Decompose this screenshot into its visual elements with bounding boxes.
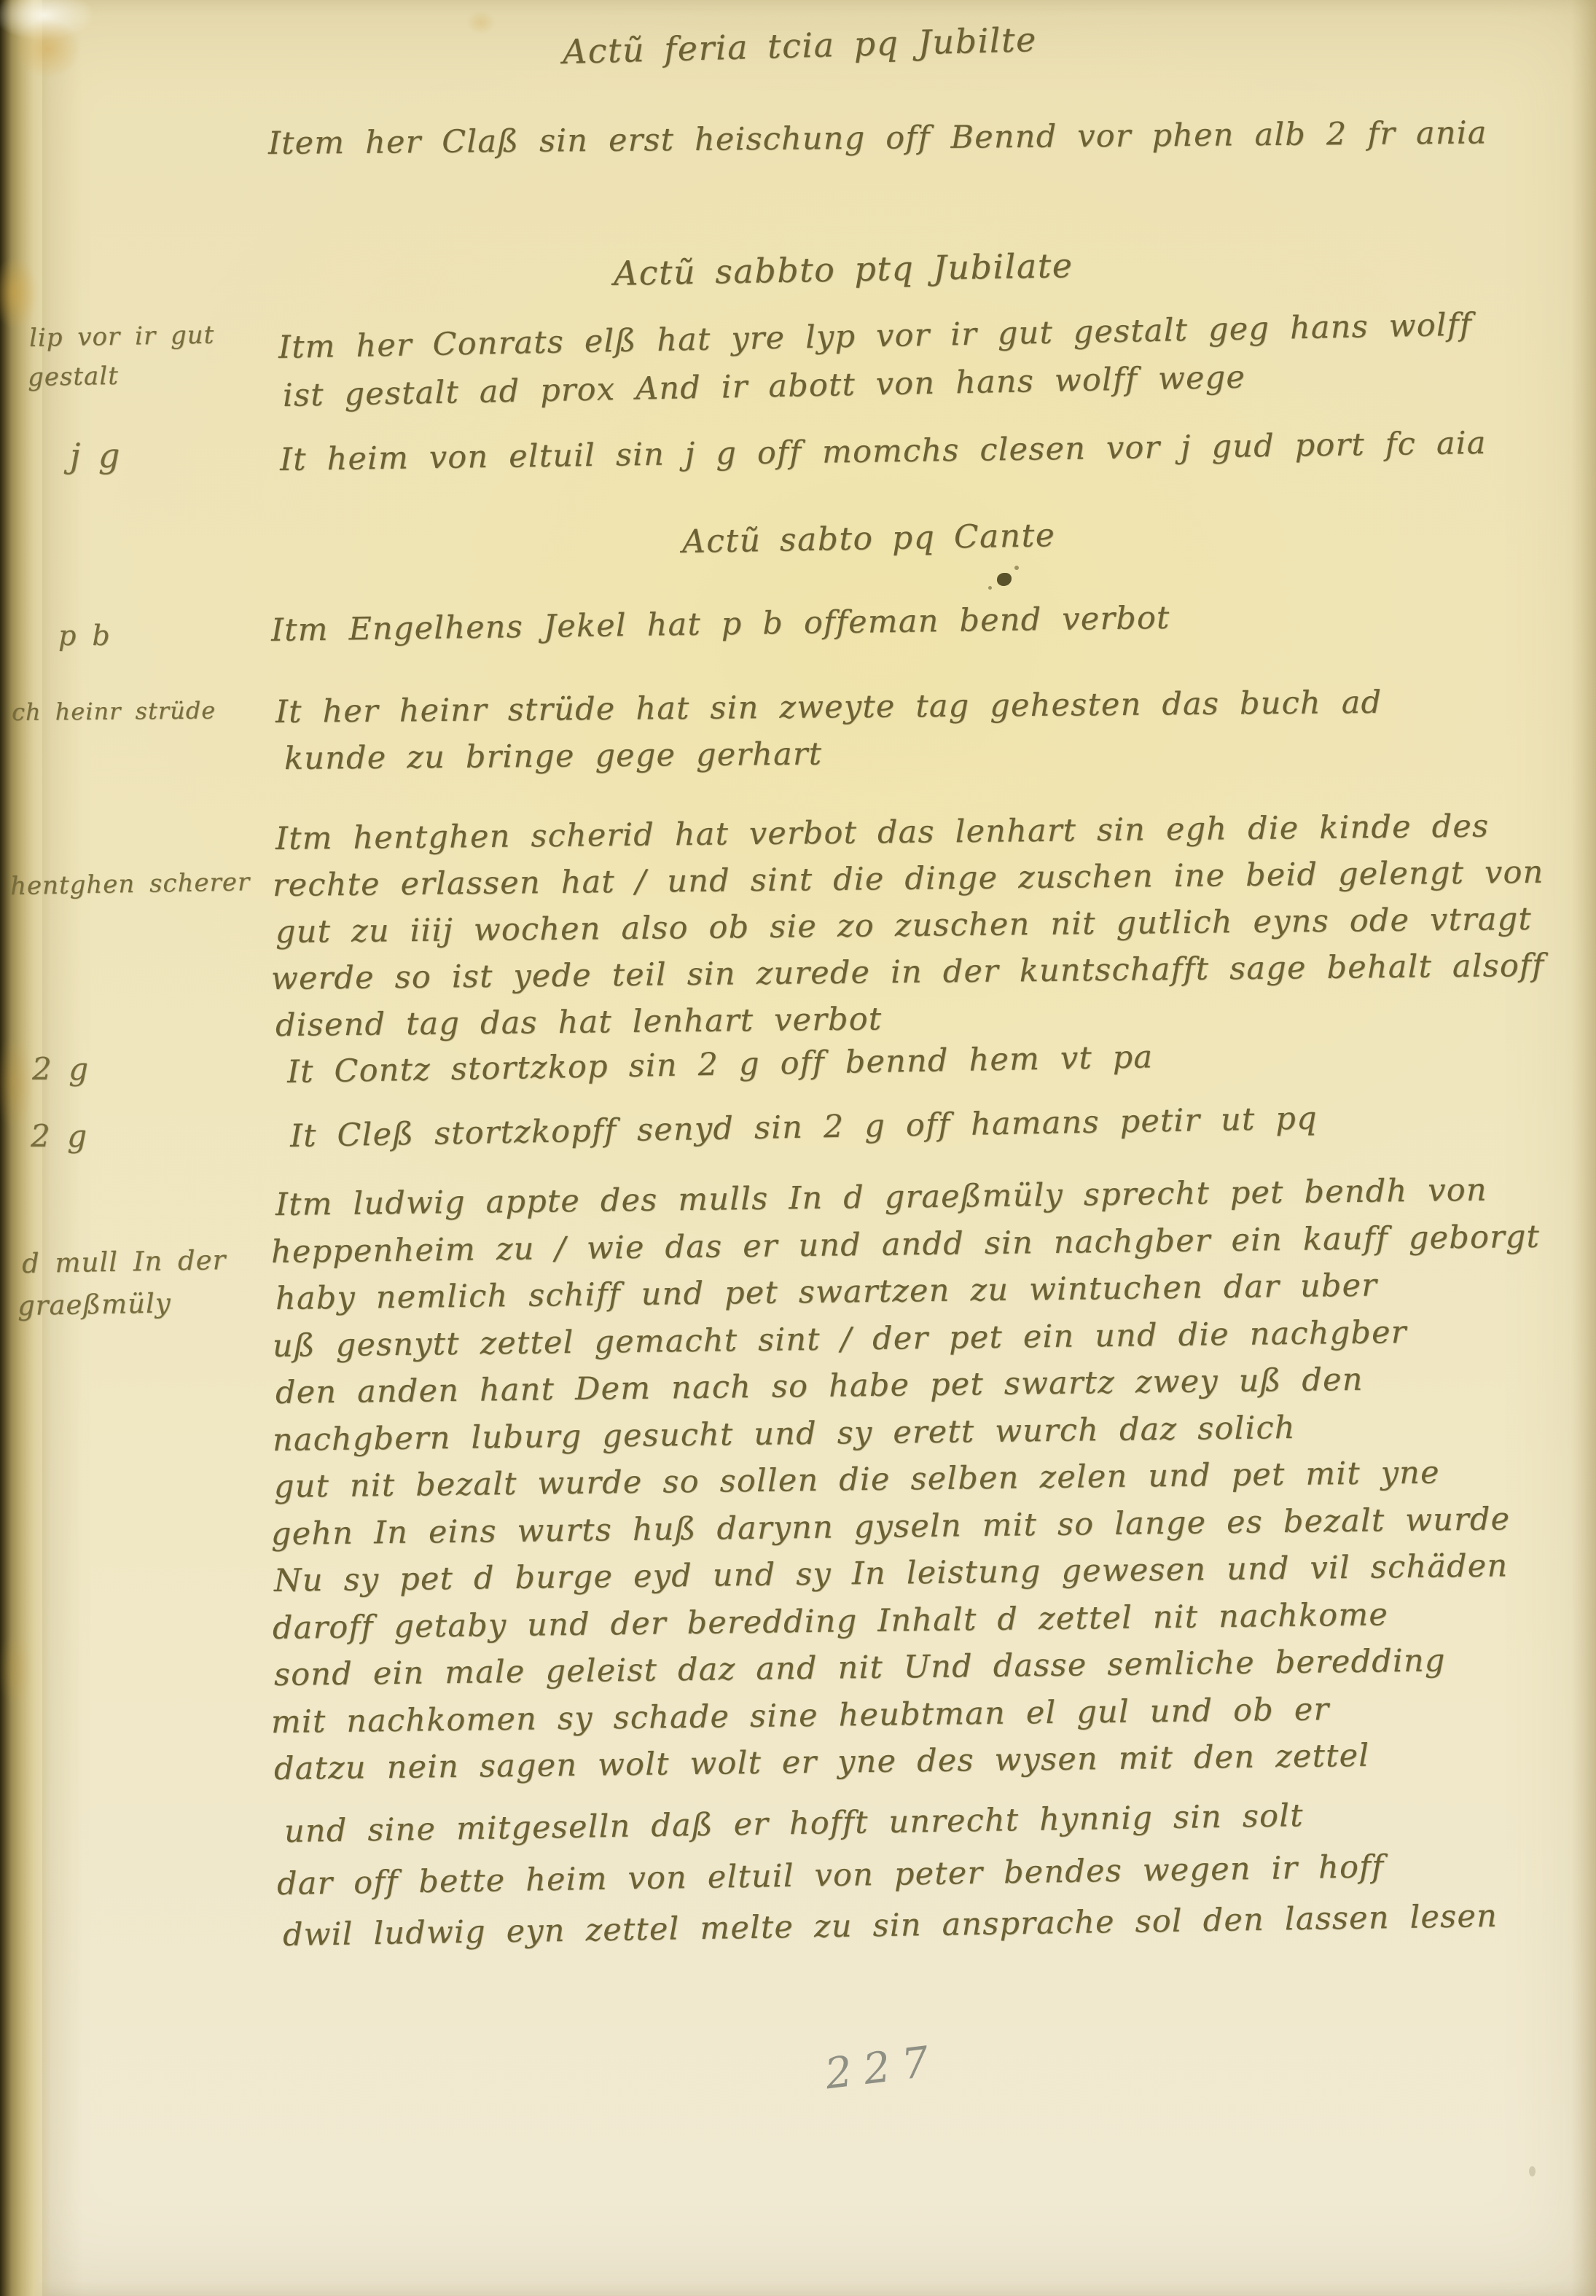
entry-line: dwil ludwig eyn zettel melte zu sin ansp…	[283, 1898, 1498, 1953]
margin-note: 2 g	[31, 1118, 87, 1154]
ink-blot	[997, 573, 1012, 586]
ink-speck	[1529, 2166, 1536, 2176]
entry-line: gehn In eins wurts huß darynn gyseln mit…	[271, 1501, 1511, 1553]
margin-note: j g	[70, 436, 120, 475]
margin-note: p b	[58, 620, 111, 652]
margin-note: gestalt	[28, 362, 119, 392]
entry-line: Itm hentghen scherid hat verbot das lenh…	[275, 808, 1490, 857]
ink-speck	[988, 586, 992, 590]
margin-note: hentghen scherer	[10, 867, 251, 901]
margin-note: lip vor ir gut	[29, 321, 215, 353]
entry-line: It her heinr strüde hat sin zweyte tag g…	[275, 684, 1382, 730]
entry-line: kunde zu bringe gege gerhart	[284, 736, 823, 777]
entry-line: rechte erlassen hat / und sint die dinge…	[273, 854, 1544, 904]
foxing-stain	[466, 10, 496, 35]
entry-line: It Cleß stortzkopff senyd sin 2 g off ha…	[290, 1100, 1318, 1155]
entry-line: daroff getaby und der beredding Inhalt d…	[273, 1596, 1389, 1647]
entry-line: Itm her Conrats elß hat yre lyp vor ir g…	[278, 307, 1473, 366]
heading-cantate-saturday: Actũ sabto pq Cante	[682, 517, 1056, 561]
ink-speck	[1014, 566, 1019, 570]
entry-line: datzu nein sagen wolt wolt er yne des wy…	[274, 1738, 1370, 1787]
entry-line: uß gesnytt zettel gemacht sint / der pet…	[273, 1314, 1407, 1364]
heading-jubilate-tuesday: Actũ feria tcia pq Jubilte	[562, 20, 1037, 71]
entry-line: Itm ludwig appte des mulls In d graeßmül…	[275, 1172, 1487, 1223]
entry-line: und sine mitgeselln daß er hofft unrecht…	[284, 1797, 1304, 1850]
entry-line: Nu sy pet d burge eyd und sy In leistung…	[274, 1547, 1509, 1599]
entry-line: sond ein male geleist daz and nit Und da…	[274, 1642, 1446, 1693]
page-number-pencil: 227	[822, 2036, 943, 2099]
entry-line: gut zu iiij wochen also ob sie zo zusche…	[275, 901, 1532, 950]
entry-line: gut nit bezalt wurde so sollen die selbe…	[274, 1454, 1440, 1505]
entry-line: werde so ist yede teil sin zurede in der…	[271, 948, 1545, 997]
entry-line: nachgbern luburg gesucht und sy erett wu…	[273, 1410, 1296, 1459]
margin-note: d mull In der	[22, 1244, 227, 1279]
entry-line: It heim von eltuil sin j g off momchs cl…	[280, 425, 1487, 478]
entry-line: ist gestalt ad prox And ir abott von han…	[283, 359, 1246, 414]
entry-line: Itm Engelhens Jekel hat p b offeman bend…	[271, 600, 1170, 649]
entry-line: den anden hant Dem nach so habe pet swar…	[275, 1362, 1364, 1411]
heading-jubilate-saturday: Actũ sabbto ptq Jubilate	[614, 246, 1073, 293]
entry-line: haby nemlich schiff und pet swartzen zu …	[275, 1268, 1378, 1317]
entry-line: heppenheim zu / wie das er und andd sin …	[271, 1219, 1541, 1270]
entry-line: dar off bette heim von eltuil von peter …	[277, 1848, 1385, 1902]
margin-note: ch heinr strüde	[12, 697, 216, 726]
entry-line: Item her Claß sin erst heischung off Ben…	[268, 114, 1487, 162]
entry-line: mit nachkomen sy schade sine heubtman el…	[271, 1691, 1330, 1741]
manuscript-page: Actũ feria tcia pq Jubilte Actũ sabbto p…	[0, 0, 1596, 2296]
margin-note: 2 g	[32, 1051, 89, 1087]
entry-line: It Contz stortzkop sin 2 g off bennd hem…	[287, 1039, 1154, 1090]
entry-line: disend tag das hat lenhart verbot	[275, 1001, 883, 1044]
right-edge-shadow	[1571, 0, 1596, 2296]
margin-note: graeßmüly	[17, 1287, 171, 1321]
